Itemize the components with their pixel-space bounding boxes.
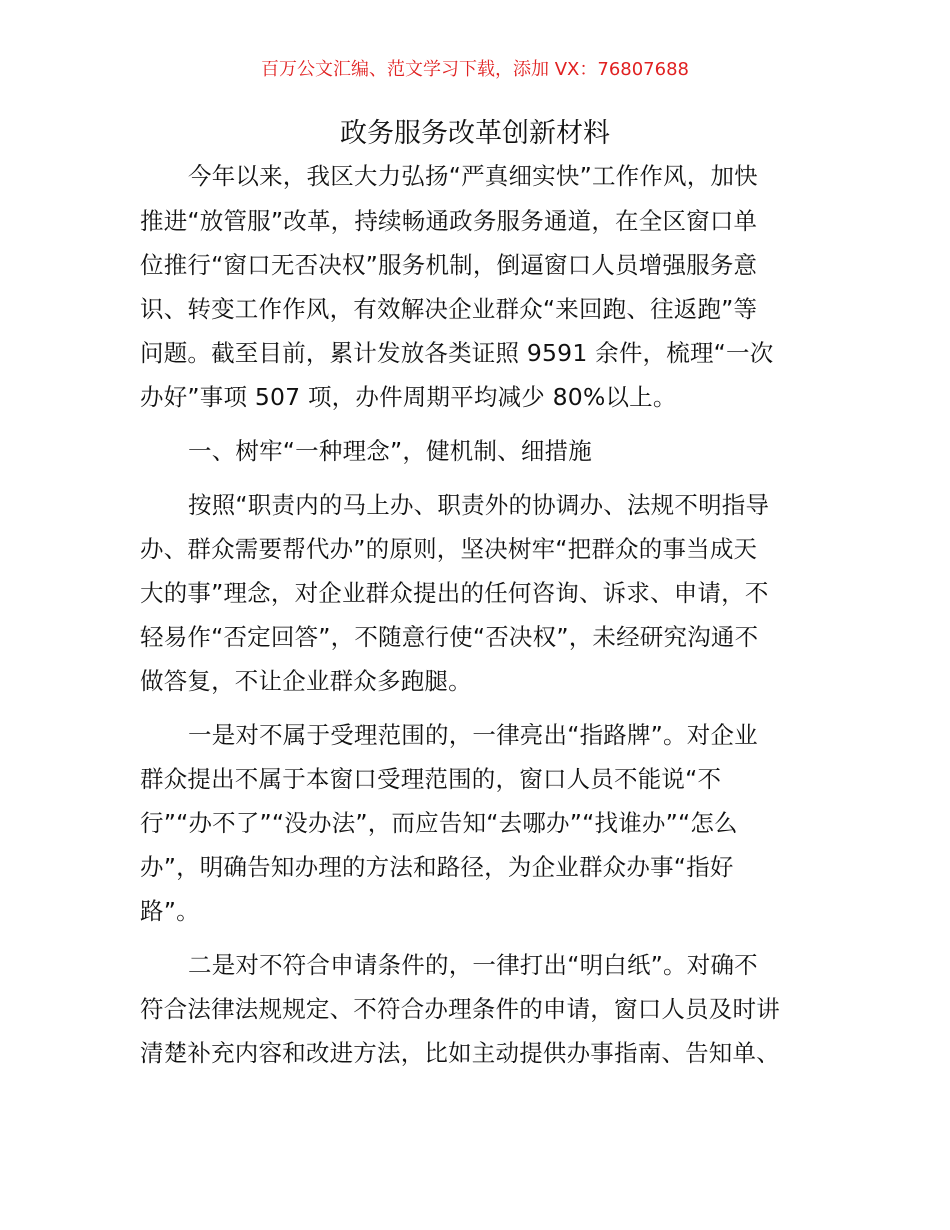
paragraph-line: 位推行“窗口无否决权”服务机制，倒逼窗口人员增强服务意 [140, 250, 757, 280]
paragraph-line: 大的事”理念，对企业群众提出的任何咨询、诉求、申请，不 [140, 578, 769, 608]
paragraph-line: 今年以来，我区大力弘扬“严真细实快”工作作风，加快 [188, 161, 758, 191]
watermark-header: 百万公文汇编、范文学习下载，添加 VX：76807688 [0, 56, 950, 84]
section-heading: 一、树牢“一种理念”，健机制、细措施 [188, 436, 592, 466]
paragraph-line: 问题。截至目前，累计发放各类证照 9591 余件，梳理“一次 [140, 338, 773, 368]
paragraph-line: 识、转变工作作风，有效解决企业群众“来回跑、往返跑”等 [140, 294, 757, 324]
paragraph-line: 办好”事项 507 项，办件周期平均减少 80%以上。 [140, 382, 677, 412]
paragraph-line: 做答复，不让企业群众多跑腿。 [140, 666, 472, 696]
paragraph-line: 二是对不符合申请条件的，一律打出“明白纸”。对确不 [188, 950, 758, 980]
paragraph-line: 办、群众需要帮代办”的原则，坚决树牢“把群众的事当成天 [140, 534, 757, 564]
paragraph-line: 路”。 [140, 896, 200, 926]
paragraph-line: 行”“办不了”“没办法”，而应告知“去哪办”“找谁办”“怎么 [140, 808, 738, 838]
paragraph-line: 群众提出不属于本窗口受理范围的，窗口人员不能说“不 [140, 764, 721, 794]
paragraph-line: 轻易作“否定回答”，不随意行使“否决权”，未经研究沟通不 [140, 622, 758, 652]
paragraph-line: 办”，明确告知办理的方法和路径，为企业群众办事“指好 [140, 852, 734, 882]
paragraph-line: 清楚补充内容和改进方法，比如主动提供办事指南、告知单、 [140, 1038, 780, 1068]
paragraph-line: 推进“放管服”改革，持续畅通政务服务通道，在全区窗口单 [140, 206, 757, 236]
paragraph-line: 按照“职责内的马上办、职责外的协调办、法规不明指导 [188, 490, 769, 520]
document-title: 政务服务改革创新材料 [0, 114, 950, 154]
paragraph-line: 一是对不属于受理范围的，一律亮出“指路牌”。对企业 [188, 720, 758, 750]
paragraph-line: 符合法律法规规定、不符合办理条件的申请，窗口人员及时讲 [140, 994, 780, 1024]
